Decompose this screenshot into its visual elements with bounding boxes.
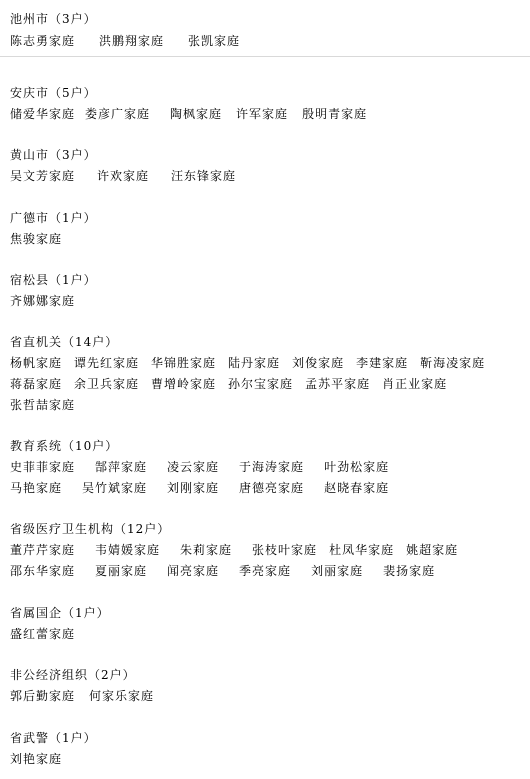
family-name: 郜萍家庭 xyxy=(95,459,147,475)
section-heading-provincial-organs: 省直机关（14户） xyxy=(10,334,118,350)
family-name: 殷明青家庭 xyxy=(302,106,367,122)
family-name: 孙尔宝家庭 xyxy=(228,376,293,392)
family-name: 杜凤华家庭 xyxy=(329,542,394,558)
family-row: 盛红蕾家庭 xyxy=(10,626,85,642)
family-name: 朱莉家庭 xyxy=(180,542,232,558)
family-row: 马艳家庭吴竹斌家庭刘刚家庭唐德亮家庭赵晓春家庭 xyxy=(10,480,399,496)
section-heading-provincial-soe: 省属国企（1户） xyxy=(10,605,110,621)
family-name: 靳海凌家庭 xyxy=(420,355,485,371)
family-row: 杨帆家庭谭先红家庭华锦胜家庭陆丹家庭刘俊家庭李建家庭靳海凌家庭 xyxy=(10,355,495,371)
section-heading-armed-police: 省武警（1户） xyxy=(10,730,97,746)
family-name: 陆丹家庭 xyxy=(228,355,280,371)
family-name: 唐德亮家庭 xyxy=(239,480,304,496)
family-name: 汪东锋家庭 xyxy=(171,168,236,184)
family-name: 孟苏平家庭 xyxy=(305,376,370,392)
family-name: 张枝叶家庭 xyxy=(252,542,317,558)
family-row: 张哲喆家庭 xyxy=(10,397,85,413)
family-name: 刘艳家庭 xyxy=(10,751,62,767)
family-name: 许军家庭 xyxy=(236,106,288,122)
family-name: 张哲喆家庭 xyxy=(10,397,75,413)
section-heading-anqing: 安庆市（5户） xyxy=(10,85,97,101)
family-row: 焦骏家庭 xyxy=(10,231,72,247)
family-name: 蒋磊家庭 xyxy=(10,376,62,392)
family-name: 肖正业家庭 xyxy=(382,376,447,392)
family-name: 娄彦广家庭 xyxy=(85,106,150,122)
family-row: 邵东华家庭夏丽家庭闻亮家庭季亮家庭刘丽家庭裴扬家庭 xyxy=(10,563,445,579)
family-row: 吴文芳家庭许欢家庭汪东锋家庭 xyxy=(10,168,246,184)
family-name: 焦骏家庭 xyxy=(10,231,62,247)
family-name: 余卫兵家庭 xyxy=(74,376,139,392)
section-heading-medical-institutions: 省级医疗卫生机构（12户） xyxy=(10,521,170,537)
family-name: 裴扬家庭 xyxy=(383,563,435,579)
family-name: 许欢家庭 xyxy=(97,168,149,184)
section-heading-susong: 宿松县（1户） xyxy=(10,272,97,288)
family-name: 陈志勇家庭 xyxy=(10,33,75,49)
family-name: 齐娜娜家庭 xyxy=(10,293,75,309)
family-row: 郭后勤家庭何家乐家庭 xyxy=(10,688,164,704)
family-name: 刘刚家庭 xyxy=(167,480,219,496)
family-name: 刘俊家庭 xyxy=(292,355,344,371)
family-row: 刘艳家庭 xyxy=(10,751,72,767)
family-name: 凌云家庭 xyxy=(167,459,219,475)
family-name: 洪鹏翔家庭 xyxy=(99,33,164,49)
family-name: 闻亮家庭 xyxy=(167,563,219,579)
family-name: 吴文芳家庭 xyxy=(10,168,75,184)
family-row: 齐娜娜家庭 xyxy=(10,293,85,309)
family-row: 陈志勇家庭洪鹏翔家庭张凯家庭 xyxy=(10,33,250,49)
family-row: 史菲菲家庭郜萍家庭凌云家庭于海涛家庭叶劲松家庭 xyxy=(10,459,399,475)
section-heading-huangshan: 黄山市（3户） xyxy=(10,147,97,163)
family-name: 姚超家庭 xyxy=(406,542,458,558)
family-name: 邵东华家庭 xyxy=(10,563,75,579)
family-name: 华锦胜家庭 xyxy=(151,355,216,371)
family-name: 于海涛家庭 xyxy=(239,459,304,475)
family-name: 储爱华家庭 xyxy=(10,106,75,122)
family-name: 史菲菲家庭 xyxy=(10,459,75,475)
family-name: 马艳家庭 xyxy=(10,480,62,496)
family-name: 季亮家庭 xyxy=(239,563,291,579)
family-name: 叶劲松家庭 xyxy=(324,459,389,475)
family-name: 郭后勤家庭 xyxy=(10,688,75,704)
family-name: 吴竹斌家庭 xyxy=(82,480,147,496)
family-row: 储爱华家庭娄彦广家庭陶枫家庭许军家庭殷明青家庭 xyxy=(10,106,377,122)
family-row: 蒋磊家庭余卫兵家庭曹增岭家庭孙尔宝家庭孟苏平家庭肖正业家庭 xyxy=(10,376,457,392)
family-name: 李建家庭 xyxy=(356,355,408,371)
family-name: 陶枫家庭 xyxy=(170,106,222,122)
family-name: 韦婧媛家庭 xyxy=(95,542,160,558)
family-name: 刘丽家庭 xyxy=(311,563,363,579)
family-name: 张凯家庭 xyxy=(188,33,240,49)
section-heading-education: 教育系统（10户） xyxy=(10,438,118,454)
family-name: 曹增岭家庭 xyxy=(151,376,216,392)
family-list-document: 池州市（3户） 陈志勇家庭洪鹏翔家庭张凯家庭 安庆市（5户） 储爱华家庭娄彦广家… xyxy=(0,0,530,779)
family-name: 董芹芹家庭 xyxy=(10,542,75,558)
family-row: 董芹芹家庭韦婧媛家庭朱莉家庭张枝叶家庭杜凤华家庭姚超家庭 xyxy=(10,542,468,558)
divider xyxy=(0,56,530,57)
family-name: 盛红蕾家庭 xyxy=(10,626,75,642)
family-name: 谭先红家庭 xyxy=(74,355,139,371)
section-heading-chizhou: 池州市（3户） xyxy=(10,11,97,27)
family-name: 赵晓春家庭 xyxy=(324,480,389,496)
family-name: 杨帆家庭 xyxy=(10,355,62,371)
section-heading-non-public-economy: 非公经济组织（2户） xyxy=(10,667,136,683)
family-name: 何家乐家庭 xyxy=(89,688,154,704)
family-name: 夏丽家庭 xyxy=(95,563,147,579)
section-heading-guangde: 广德市（1户） xyxy=(10,210,97,226)
